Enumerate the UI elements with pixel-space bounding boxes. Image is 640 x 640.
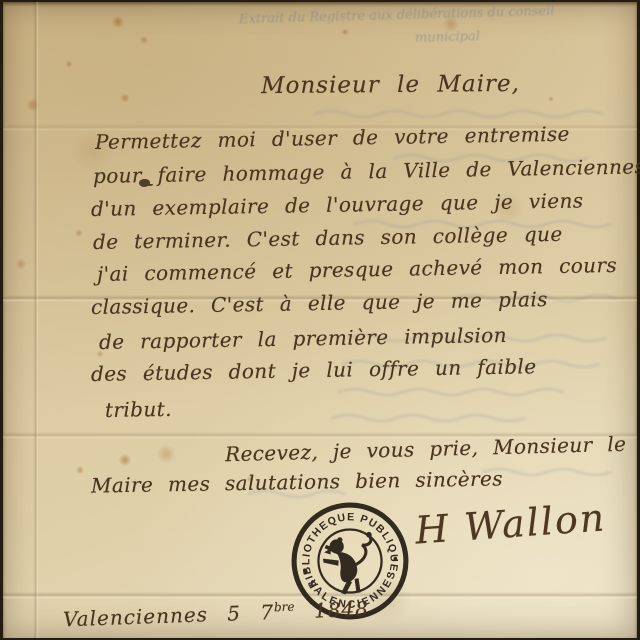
- body-line: tribut.: [105, 397, 172, 422]
- body-line: de rapporter la première impulsion: [99, 323, 507, 354]
- closing-line: Maire mes salutations bien sincères: [91, 466, 503, 497]
- body-line: de terminer. C'est dans son collège que: [93, 222, 563, 254]
- dateline-month-numeral: 7: [260, 600, 275, 624]
- body-line: classique. C'est à elle que je me plais: [91, 287, 548, 319]
- dateline: Valenciennes 5 7bre 1848: [63, 597, 370, 632]
- dateline-month-suffix: bre: [274, 600, 295, 615]
- body-line: des études dont je lui offre un faible: [91, 354, 537, 386]
- ghost-header-line: Extrait du Registre aux délibérations du…: [239, 4, 555, 27]
- letter-paper: Extrait du Registre aux délibérations du…: [3, 2, 637, 638]
- lion-icon: [320, 532, 379, 597]
- fold-crease-vertical: [33, 2, 39, 638]
- letter-photo: Extrait du Registre aux délibérations du…: [0, 0, 640, 640]
- closing-line: Recevez, je vous prie, Monsieur le: [225, 432, 627, 466]
- dateline-place: Valenciennes: [63, 602, 209, 631]
- body-line: j'ai commencé et presque achevé mon cour…: [97, 253, 617, 286]
- signature: H Wallon: [414, 495, 608, 552]
- body-line: d'un exemplaire de l'ouvrage que je vien…: [91, 188, 584, 221]
- body-line: Permettez moi d'user de votre entremise: [95, 122, 570, 154]
- dateline-year: 1848: [314, 597, 370, 623]
- body-line: pour faire hommage à la Ville de Valenci…: [93, 154, 640, 188]
- ghost-header-line: municipal: [415, 29, 480, 46]
- letter-salutation: Monsieur le Maire,: [261, 71, 520, 99]
- dateline-day: 5: [227, 601, 242, 625]
- dateline-month: 7bre: [260, 599, 295, 624]
